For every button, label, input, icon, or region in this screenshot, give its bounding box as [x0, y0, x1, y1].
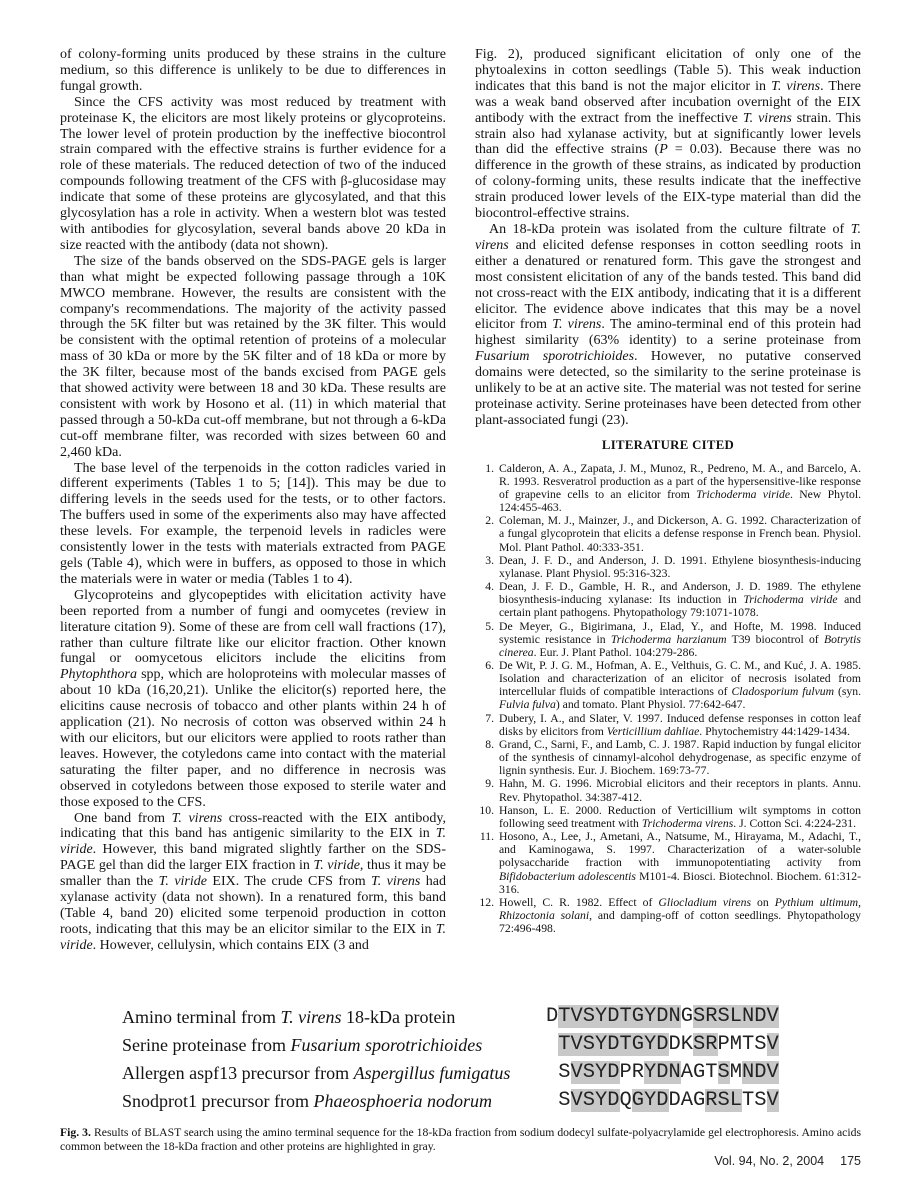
sequence-residue: R [705, 1005, 717, 1028]
sequence-row: SVSYDPRYDNAGTSMNDV [546, 1059, 779, 1087]
sequence-residue: T [620, 1033, 632, 1056]
sequence-residue: D [754, 1061, 766, 1084]
sequence-residue: N [742, 1005, 754, 1028]
sequence-residue: Y [644, 1061, 656, 1084]
sequence-residue: S [558, 1089, 570, 1112]
sequence-source-label: Snodprot1 precursor from Phaeosphoeria n… [122, 1087, 546, 1115]
reference-item: 10.Hanson, L. E. 2000. Reduction of Vert… [475, 804, 861, 830]
reference-number: 3. [475, 554, 499, 580]
sequence-residue: S [693, 1033, 705, 1056]
sequence-residue: S [693, 1005, 705, 1028]
sequence-residue: A [681, 1089, 693, 1112]
reference-number: 11. [475, 830, 499, 896]
sequence-residue: N [742, 1061, 754, 1084]
reference-item: 2.Coleman, M. J., Mainzer, J., and Dicke… [475, 514, 861, 553]
sequence-residue: M [730, 1061, 742, 1084]
sequence-residue: N [669, 1005, 681, 1028]
sequence-residue: S [558, 1061, 570, 1084]
sequence-residue: S [754, 1089, 766, 1112]
figure-caption-label: Fig. 3. [60, 1126, 91, 1139]
reference-item: 12.Howell, C. R. 1982. Effect of Gliocla… [475, 896, 861, 935]
reference-number: 7. [475, 712, 499, 738]
sequence-residue: D [656, 1089, 668, 1112]
sequence-residue: V [571, 1005, 583, 1028]
right-column: Fig. 2), produced significant elicitatio… [475, 47, 861, 954]
reference-number: 2. [475, 514, 499, 553]
sequence-residue: M [730, 1033, 742, 1056]
sequence-residue: T [742, 1033, 754, 1056]
sequence-row: TVSYDTGYDDKSRPMTSV [546, 1031, 779, 1059]
sequence-residue: Y [595, 1089, 607, 1112]
right-column-paragraphs: Fig. 2), produced significant elicitatio… [475, 47, 861, 429]
paragraph: Fig. 2), produced significant elicitatio… [475, 47, 861, 222]
sequence-source-labels: Amino terminal from T. virens 18-kDa pro… [122, 1003, 546, 1115]
sequence-residue [546, 1061, 558, 1084]
sequence-residue: Y [644, 1005, 656, 1028]
sequence-residue: D [546, 1005, 558, 1028]
sequence-residue: G [632, 1005, 644, 1028]
reference-item: 5.De Meyer, G., Bigirimana, J., Elad, Y.… [475, 620, 861, 659]
sequence-residue: D [669, 1033, 681, 1056]
figure-caption: Fig. 3. Results of BLAST search using th… [60, 1126, 861, 1153]
sequence-residue: P [620, 1061, 632, 1084]
paragraph: Since the CFS activity was most reduced … [60, 95, 446, 254]
sequence-residue: G [632, 1033, 644, 1056]
sequence-residue: D [607, 1061, 619, 1084]
sequence-residue: Y [644, 1033, 656, 1056]
paragraph: The base level of the terpenoids in the … [60, 461, 446, 588]
journal-page: of colony-forming units produced by thes… [0, 0, 920, 1191]
sequence-residue: D [656, 1061, 668, 1084]
sequence-residue: S [754, 1033, 766, 1056]
sequence-residue: T [742, 1089, 754, 1112]
sequence-residue: Y [595, 1005, 607, 1028]
sequence-residue: S [583, 1089, 595, 1112]
sequence-residue: T [705, 1061, 717, 1084]
sequence-residue: Q [620, 1089, 632, 1112]
reference-number: 10. [475, 804, 499, 830]
sequence-residue: T [558, 1033, 570, 1056]
sequence-residue: V [767, 1005, 779, 1028]
sequence-residue: G [693, 1089, 705, 1112]
sequence-residue: T [558, 1005, 570, 1028]
figure-3: Amino terminal from T. virens 18-kDa pro… [122, 1003, 779, 1115]
reference-number: 12. [475, 896, 499, 935]
reference-item: 11.Hosono, A., Lee, J., Ametani, A., Nat… [475, 830, 861, 896]
sequence-residue: G [693, 1061, 705, 1084]
sequence-residue: T [620, 1005, 632, 1028]
sequence-row: SVSYDQGYDDAGRSLTSV [546, 1087, 779, 1115]
reference-text: Dubery, I. A., and Slater, V. 1997. Indu… [499, 712, 861, 738]
reference-text: Coleman, M. J., Mainzer, J., and Dickers… [499, 514, 861, 553]
sequence-residue [546, 1089, 558, 1112]
paragraph: One band from T. virens cross-reacted wi… [60, 811, 446, 954]
reference-item: 3.Dean, J. F. D., and Anderson, J. D. 19… [475, 554, 861, 580]
paragraph: The size of the bands observed on the SD… [60, 254, 446, 461]
sequence-residue: D [607, 1089, 619, 1112]
paragraph: Glycoproteins and glycopeptides with eli… [60, 588, 446, 811]
reference-text: Hosono, A., Lee, J., Ametani, A., Natsum… [499, 830, 861, 896]
reference-number: 5. [475, 620, 499, 659]
reference-text: Calderon, A. A., Zapata, J. M., Munoz, R… [499, 462, 861, 515]
sequence-residue: D [754, 1005, 766, 1028]
reference-list: 1.Calderon, A. A., Zapata, J. M., Munoz,… [475, 462, 861, 936]
reference-text: Dean, J. F. D., Gamble, H. R., and Ander… [499, 580, 861, 619]
reference-number: 6. [475, 659, 499, 712]
reference-text: De Wit, P. J. G. M., Hofman, A. E., Velt… [499, 659, 861, 712]
reference-number: 1. [475, 462, 499, 515]
reference-number: 8. [475, 738, 499, 777]
sequence-residue: V [767, 1061, 779, 1084]
sequence-residue: V [767, 1089, 779, 1112]
paragraph: of colony-forming units produced by thes… [60, 47, 446, 95]
reference-item: 6.De Wit, P. J. G. M., Hofman, A. E., Ve… [475, 659, 861, 712]
figure-caption-text: Results of BLAST search using the amino … [60, 1126, 861, 1153]
sequence-residue: D [607, 1033, 619, 1056]
sequence-residue: Y [595, 1061, 607, 1084]
sequence-alignment: DTVSYDTGYDNGSRSLNDV TVSYDTGYDDKSRPMTSV S… [546, 1003, 779, 1115]
reference-text: De Meyer, G., Bigirimana, J., Elad, Y., … [499, 620, 861, 659]
sequence-source-label: Allergen aspf13 precursor from Aspergill… [122, 1059, 546, 1087]
sequence-residue: S [583, 1033, 595, 1056]
sequence-residue: D [669, 1089, 681, 1112]
sequence-residue: V [571, 1061, 583, 1084]
reference-text: Hanson, L. E. 2000. Reduction of Vertici… [499, 804, 861, 830]
sequence-residue: R [632, 1061, 644, 1084]
reference-number: 4. [475, 580, 499, 619]
page-footer: Vol. 94, No. 2, 2004175 [714, 1154, 861, 1168]
sequence-residue: P [718, 1033, 730, 1056]
sequence-residue: R [705, 1033, 717, 1056]
reference-item: 7.Dubery, I. A., and Slater, V. 1997. In… [475, 712, 861, 738]
sequence-residue: V [571, 1033, 583, 1056]
journal-volume-info: Vol. 94, No. 2, 2004 [714, 1154, 824, 1168]
sequence-residue: S [718, 1061, 730, 1084]
sequence-source-label: Amino terminal from T. virens 18-kDa pro… [122, 1003, 546, 1031]
reference-item: 9.Hahn, M. G. 1996. Microbial elicitors … [475, 777, 861, 803]
page-number: 175 [840, 1154, 861, 1168]
sequence-residue: G [681, 1005, 693, 1028]
reference-text: Howell, C. R. 1982. Effect of Gliocladiu… [499, 896, 861, 935]
reference-item: 8.Grand, C., Sarni, F., and Lamb, C. J. … [475, 738, 861, 777]
reference-number: 9. [475, 777, 499, 803]
reference-text: Dean, J. F. D., and Anderson, J. D. 1991… [499, 554, 861, 580]
sequence-residue: N [669, 1061, 681, 1084]
reference-text: Grand, C., Sarni, F., and Lamb, C. J. 19… [499, 738, 861, 777]
sequence-residue: D [656, 1033, 668, 1056]
sequence-residue: S [583, 1005, 595, 1028]
section-heading-literature-cited: LITERATURE CITED [475, 438, 861, 454]
sequence-residue [546, 1033, 558, 1056]
sequence-residue: A [681, 1061, 693, 1084]
sequence-residue: R [705, 1089, 717, 1112]
reference-text: Hahn, M. G. 1996. Microbial elicitors an… [499, 777, 861, 803]
sequence-residue: D [607, 1005, 619, 1028]
sequence-residue: S [583, 1061, 595, 1084]
sequence-residue: D [656, 1005, 668, 1028]
reference-item: 1.Calderon, A. A., Zapata, J. M., Munoz,… [475, 462, 861, 515]
sequence-residue: L [730, 1089, 742, 1112]
reference-item: 4.Dean, J. F. D., Gamble, H. R., and And… [475, 580, 861, 619]
sequence-residue: Y [644, 1089, 656, 1112]
sequence-residue: Y [595, 1033, 607, 1056]
left-column: of colony-forming units produced by thes… [60, 47, 446, 954]
sequence-residue: V [767, 1033, 779, 1056]
two-column-body: of colony-forming units produced by thes… [60, 47, 861, 954]
sequence-source-label: Serine proteinase from Fusarium sporotri… [122, 1031, 546, 1059]
sequence-row: DTVSYDTGYDNGSRSLNDV [546, 1003, 779, 1031]
sequence-residue: G [632, 1089, 644, 1112]
sequence-residue: V [571, 1089, 583, 1112]
sequence-residue: K [681, 1033, 693, 1056]
sequence-residue: S [718, 1089, 730, 1112]
paragraph: An 18-kDa protein was isolated from the … [475, 222, 861, 429]
sequence-residue: L [730, 1005, 742, 1028]
sequence-residue: S [718, 1005, 730, 1028]
